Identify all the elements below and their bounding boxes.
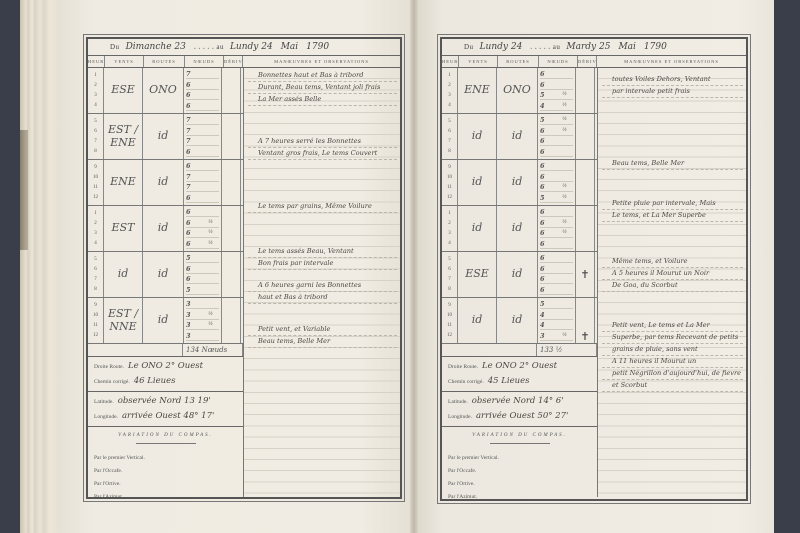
knots-fraction: ½ — [562, 102, 567, 110]
knots-entry: 6 — [540, 81, 573, 90]
observation-line: La Mer assés Belle — [248, 94, 397, 106]
knots-value: 6 — [186, 229, 191, 237]
column-header: Dérive — [578, 56, 597, 67]
knots-entry: 6 — [186, 275, 219, 284]
hour-number: 3 — [94, 231, 97, 236]
knots-entry: 5½ — [540, 91, 573, 100]
column-header: Nœuds — [185, 56, 224, 67]
route-cell: id — [143, 160, 184, 205]
longitude-value: arrivée Ouest 48° 17' — [122, 411, 214, 421]
hours-cell: 1234 — [442, 68, 458, 113]
knots-fraction: ½ — [208, 219, 213, 227]
column-headers: HeuresVentsRoutesNœudsDériveManœuvres et… — [88, 56, 400, 68]
wind-cell: EST / ENE — [104, 114, 143, 159]
left-log-sheet: DuDimanche 23.....auLundy 24Mai1790Heure… — [86, 37, 402, 499]
deriv-cell — [576, 206, 595, 251]
deriv-cell — [222, 206, 241, 251]
wind-cell: id — [458, 298, 497, 343]
total-spacer — [88, 344, 183, 356]
longitude-value: arrivée Ouest 50° 27' — [476, 411, 568, 421]
watch-row: 1234ESTid66½6½6½ — [88, 206, 243, 252]
hour-number: 1 — [448, 73, 451, 78]
date-month: Mai — [618, 42, 635, 52]
variation-row: Par l'Ortive. — [88, 478, 243, 491]
knots-value: 6 — [540, 148, 545, 156]
observation-entry: Beau tems, Belle Mer — [602, 158, 743, 170]
hours-cell: 1234 — [88, 68, 104, 113]
knots-value: 6 — [186, 240, 191, 248]
knots-entry: 6 — [186, 265, 219, 274]
knots-value: 6 — [540, 81, 545, 89]
deriv-cell — [222, 160, 241, 205]
observation-entry: Même tems, et VoilureA 5 heures il Mouru… — [602, 256, 743, 292]
hour-number: 4 — [448, 103, 451, 108]
knots-fraction: ½ — [562, 219, 567, 227]
knots-entry: 7 — [186, 173, 219, 182]
observation-entry: Petit vent, et VariableBeau tems, Belle … — [248, 324, 397, 348]
watch-grid: 1234ENEONO665½4½5678idid5½6½669101112idi… — [442, 68, 597, 504]
hour-number: 6 — [94, 267, 97, 272]
hour-number: 3 — [448, 93, 451, 98]
deriv-cell — [222, 68, 241, 113]
straight-route-label: Droite Route. — [448, 364, 478, 370]
knots-fraction: ½ — [208, 311, 213, 319]
knots-value: 7 — [186, 70, 191, 78]
observation-line: Superbe, par tems Recevant de petits — [602, 332, 743, 344]
variation-row: Par le premier Vertical. — [442, 452, 597, 465]
date-header: DuLundy 24.....auMardy 25Mai1790 — [442, 39, 746, 56]
observation-line: Le tems assés Beau, Ventant — [248, 246, 397, 258]
knots-cell: 6666 — [538, 252, 576, 297]
knots-value: 6 — [540, 127, 545, 135]
date-header: DuDimanche 23.....auLundy 24Mai1790 — [88, 39, 400, 56]
knots-entry: 3½ — [186, 321, 219, 330]
observation-line: Beau tems, Belle Mer — [248, 336, 397, 348]
knots-cell: 666½5½ — [538, 160, 576, 205]
column-header: Heures — [88, 56, 105, 67]
knots-value: 6 — [186, 81, 191, 89]
knots-fraction: ½ — [562, 332, 567, 340]
summary-section: Droite Route.Le ONO 2° OuestChemin corri… — [442, 357, 597, 504]
deriv-cell — [222, 252, 241, 297]
hour-number: 10 — [93, 313, 98, 318]
hour-number: 12 — [93, 333, 98, 338]
hours-cell: 5678 — [88, 252, 104, 297]
wind-cell: ENE — [104, 160, 143, 205]
hour-number: 1 — [94, 73, 97, 78]
knots-fraction: ½ — [208, 240, 213, 248]
knots-entry: 6 — [186, 91, 219, 100]
observation-line: petit Négrillon d'aujourd'hui, de fievre — [602, 368, 743, 380]
knots-value: 6 — [540, 219, 545, 227]
observation-line: Bon frais par intervale — [248, 258, 397, 270]
knots-value: 3 — [186, 332, 191, 340]
observation-entry: Petit vent, Le tems et La MerSuperbe, pa… — [602, 320, 743, 392]
hour-number: 3 — [448, 231, 451, 236]
knots-entry: 5 — [186, 286, 219, 295]
knots-entry: 4 — [540, 321, 573, 330]
knots-entry: 6 — [540, 254, 573, 263]
observation-line: Durant, Beau tems, Ventant joli frais — [248, 82, 397, 94]
knots-fraction: ½ — [562, 229, 567, 237]
knots-value: 7 — [186, 137, 191, 145]
observation-entry: toutes Voiles Dehors, Ventantpar interva… — [602, 74, 743, 98]
knots-entry: 3½ — [540, 332, 573, 341]
observation-line: Ventant gros frais, Le tems Couvert — [248, 148, 397, 160]
hour-number: 9 — [448, 303, 451, 308]
knots-cell: 66½6½6½ — [184, 206, 222, 251]
knots-entry: 6½ — [540, 229, 573, 238]
cross-mark-icon: ✝ — [576, 252, 595, 297]
route-block: Droite Route.Le ONO 2° OuestChemin corri… — [88, 357, 243, 392]
knots-entry: 6 — [186, 162, 219, 171]
hour-number: 8 — [94, 287, 97, 292]
hour-number: 7 — [448, 139, 451, 144]
wind-cell: id — [458, 160, 497, 205]
variation-row: Par l'Azimut. — [442, 491, 597, 504]
knots-value: 6 — [540, 137, 545, 145]
hours-cell: 5678 — [88, 114, 104, 159]
latitude-value: observée Nord 14° 6' — [472, 396, 564, 406]
knots-fraction: ½ — [562, 91, 567, 99]
knots-value: 6 — [186, 194, 191, 202]
knots-value: 6 — [540, 229, 545, 237]
column-header: Dérive — [224, 56, 243, 67]
cross-mark-icon: ✝ — [576, 298, 595, 343]
observations-column: Bonnettes haut et Bas à tribordDurant, B… — [243, 68, 400, 497]
knots-cell: 66½6½6 — [538, 206, 576, 251]
route-cell: id — [143, 252, 184, 297]
watch-row: 1234ENEONO665½4½ — [442, 68, 597, 114]
knots-entry: 6½ — [540, 219, 573, 228]
observation-line: Le tems par grains, Même Voilure — [248, 201, 397, 213]
hour-number: 12 — [93, 195, 98, 200]
observation-line: Même tems, et Voilure — [602, 256, 743, 268]
total-knots: 134 Nœuds — [183, 344, 243, 356]
observation-line: De Goa, du Scorbut — [602, 280, 743, 292]
knots-entry: 4 — [540, 311, 573, 320]
wind-cell: ENE — [458, 68, 497, 113]
route-block: Droite Route.Le ONO 2° OuestChemin corri… — [442, 357, 597, 392]
route-cell: id — [143, 114, 184, 159]
column-header: Manœuvres et Observations — [597, 56, 746, 67]
knots-entry: 5 — [540, 300, 573, 309]
knots-entry: 7 — [186, 127, 219, 136]
knots-entry: 5 — [186, 254, 219, 263]
variation-row: Par l'Azimut. — [88, 491, 243, 504]
knots-entry: 6½ — [186, 229, 219, 238]
knots-value: 6 — [540, 275, 545, 283]
log-body: 1234ESEONO76665678EST / ENEid77769101112… — [88, 68, 400, 504]
knots-entry: 7 — [186, 183, 219, 192]
knots-entry: 6 — [186, 102, 219, 111]
longitude-row: Longitude.arrivée Ouest 50° 27' — [442, 409, 597, 424]
hour-number: 4 — [94, 241, 97, 246]
hour-number: 4 — [448, 241, 451, 246]
knots-value: 3 — [186, 311, 191, 319]
knots-entry: 6 — [540, 137, 573, 146]
knots-value: 6 — [540, 173, 545, 181]
hour-number: 7 — [94, 139, 97, 144]
route-cell: ONO — [143, 68, 184, 113]
date-year: 1790 — [644, 42, 667, 52]
knots-value: 6 — [540, 265, 545, 273]
date-dots: ..... — [194, 41, 217, 52]
wind-cell: EST — [104, 206, 143, 251]
hours-cell: 1234 — [442, 206, 458, 251]
knots-entry: 6½ — [540, 183, 573, 192]
variation-row: Par le premier Vertical. — [88, 452, 243, 465]
knots-value: 6 — [540, 208, 545, 216]
latitude-row: Latitude.observée Nord 14° 6' — [442, 394, 597, 409]
wind-cell: ESE — [104, 68, 143, 113]
hour-number: 2 — [448, 221, 451, 226]
date-au-label: au — [216, 43, 224, 51]
straight-route-row: Droite Route.Le ONO 2° Ouest — [88, 359, 243, 374]
total-row: 133 ½ — [442, 344, 597, 357]
date-du-label: Du — [464, 43, 474, 51]
corrected-distance-label: Chemin corrigé. — [94, 379, 130, 385]
knots-value: 6 — [540, 254, 545, 262]
observation-line: et Scorbut — [602, 380, 743, 392]
book-gutter — [410, 0, 418, 533]
knots-cell: 33½3½3 — [184, 298, 222, 343]
hour-number: 6 — [448, 267, 451, 272]
hour-number: 3 — [94, 93, 97, 98]
knots-fraction: ½ — [562, 116, 567, 124]
knots-fraction: ½ — [208, 229, 213, 237]
knots-value: 6 — [540, 286, 545, 294]
hours-cell: 5678 — [442, 114, 458, 159]
observation-entry: Petite pluie par intervale, MaisLe tems,… — [602, 198, 743, 222]
knots-entry: 6 — [540, 240, 573, 249]
route-cell: id — [497, 160, 538, 205]
observation-line: Petit vent, Le tems et La Mer — [602, 320, 743, 332]
hour-number: 2 — [94, 83, 97, 88]
hour-number: 12 — [447, 333, 452, 338]
straight-route-value: Le ONO 2° Ouest — [482, 361, 557, 371]
knots-value: 3 — [540, 332, 545, 340]
total-spacer — [442, 344, 537, 356]
watch-row: 9101112EST / NNEid33½3½3 — [88, 298, 243, 344]
hour-number: 5 — [448, 119, 451, 124]
divider — [136, 443, 196, 444]
route-cell: id — [497, 206, 538, 251]
hour-number: 5 — [448, 257, 451, 262]
date-to-day: Lundy 24 — [230, 42, 273, 52]
knots-value: 5 — [186, 286, 191, 294]
hour-number: 7 — [448, 277, 451, 282]
corrected-distance-row: Chemin corrigé.45 Lieues — [442, 374, 597, 389]
watch-row: 1234ESEONO7666 — [88, 68, 243, 114]
date-du-label: Du — [110, 43, 120, 51]
hour-number: 10 — [447, 313, 452, 318]
knots-value: 6 — [186, 219, 191, 227]
latitude-value: observée Nord 13 19' — [118, 396, 211, 406]
knots-entry: 6 — [540, 173, 573, 182]
observation-entry: A 6 heures garni les Bonnetteshaut et Ba… — [248, 280, 397, 304]
deriv-cell — [576, 114, 595, 159]
hour-number: 10 — [447, 175, 452, 180]
knots-fraction: ½ — [208, 321, 213, 329]
hours-cell: 9101112 — [442, 160, 458, 205]
hour-number: 7 — [94, 277, 97, 282]
variation-title: Variation du Compas. — [88, 433, 243, 438]
variation-row: Par l'Occafe. — [442, 465, 597, 478]
knots-value: 6 — [186, 162, 191, 170]
position-block: Latitude.observée Nord 14° 6'Longitude.a… — [442, 392, 597, 427]
watch-row: 9101112idid5443½✝ — [442, 298, 597, 344]
watch-row: 1234idid66½6½6 — [442, 206, 597, 252]
right-log-sheet: DuLundy 24.....auMardy 25Mai1790HeuresVe… — [440, 37, 748, 501]
corrected-distance-value: 46 Lieues — [134, 376, 176, 386]
hour-number: 11 — [447, 185, 452, 190]
knots-entry: 6½ — [186, 219, 219, 228]
hours-cell: 5678 — [442, 252, 458, 297]
hour-number: 1 — [448, 211, 451, 216]
observation-entry: Le tems assés Beau, VentantBon frais par… — [248, 246, 397, 270]
variation-row: Par l'Ortive. — [442, 478, 597, 491]
hour-number: 12 — [447, 195, 452, 200]
knots-value: 6 — [186, 91, 191, 99]
date-from-day: Lundy 24 — [480, 42, 523, 52]
hour-number: 11 — [93, 323, 98, 328]
observation-line: A 6 heures garni les Bonnettes — [248, 280, 397, 292]
knots-value: 5 — [186, 254, 191, 262]
hour-number: 9 — [94, 165, 97, 170]
route-cell: id — [143, 298, 184, 343]
watch-row: 9101112ENEid6776 — [88, 160, 243, 206]
knots-cell: 5443½ — [538, 298, 576, 343]
knots-entry: 6 — [186, 208, 219, 217]
position-block: Latitude.observée Nord 13 19'Longitude.a… — [88, 392, 243, 427]
knots-value: 6 — [186, 275, 191, 283]
variation-row: Par l'Occafe. — [88, 465, 243, 478]
corrected-distance-label: Chemin corrigé. — [448, 379, 484, 385]
knots-entry: 3 — [186, 300, 219, 309]
divider — [490, 443, 550, 444]
knots-value: 5 — [540, 194, 545, 202]
hour-number: 2 — [448, 83, 451, 88]
hour-number: 5 — [94, 257, 97, 262]
hour-number: 9 — [448, 165, 451, 170]
deriv-cell — [576, 160, 595, 205]
hour-number: 4 — [94, 103, 97, 108]
knots-entry: 3 — [186, 332, 219, 341]
knots-value: 3 — [186, 321, 191, 329]
knots-entry: 6 — [540, 265, 573, 274]
knots-value: 6 — [186, 265, 191, 273]
hour-number: 9 — [94, 303, 97, 308]
watch-row: 5678idid5½6½66 — [442, 114, 597, 160]
observation-line: grains de pluie, sans vent — [602, 344, 743, 356]
total-row: 134 Nœuds — [88, 344, 243, 357]
hours-cell: 9101112 — [88, 160, 104, 205]
latitude-row: Latitude.observée Nord 13 19' — [88, 394, 243, 409]
route-cell: ONO — [497, 68, 538, 113]
hours-cell: 9101112 — [88, 298, 104, 343]
deriv-cell — [222, 114, 241, 159]
knots-cell: 7776 — [184, 114, 222, 159]
route-cell: id — [497, 298, 538, 343]
knots-value: 5 — [540, 116, 545, 124]
knots-entry: 6½ — [540, 127, 573, 136]
straight-route-row: Droite Route.Le ONO 2° Ouest — [442, 359, 597, 374]
watch-row: 9101112idid666½5½ — [442, 160, 597, 206]
hour-number: 5 — [94, 119, 97, 124]
knots-entry: 7 — [186, 70, 219, 79]
observation-line: Le tems, et La Mer Superbe — [602, 210, 743, 222]
knots-cell: 665½4½ — [538, 68, 576, 113]
corrected-distance-row: Chemin corrigé.46 Lieues — [88, 374, 243, 389]
knots-entry: 4½ — [540, 102, 573, 111]
compass-variation-block: Variation du Compas.Par le premier Verti… — [442, 427, 597, 504]
date-month: Mai — [281, 42, 298, 52]
knots-entry: 6 — [186, 148, 219, 157]
knots-fraction: ½ — [562, 127, 567, 135]
hour-number: 6 — [448, 129, 451, 134]
knots-value: 7 — [186, 173, 191, 181]
wind-cell: ESE — [458, 252, 497, 297]
longitude-label: Longitude. — [448, 414, 472, 420]
observation-line: Petite pluie par intervale, Mais — [602, 198, 743, 210]
hour-number: 8 — [448, 287, 451, 292]
date-to-day: Mardy 25 — [566, 42, 610, 52]
knots-value: 6 — [540, 240, 545, 248]
knots-value: 4 — [540, 102, 545, 110]
knots-cell: 5665 — [184, 252, 222, 297]
knots-value: 6 — [186, 208, 191, 216]
compass-variation-block: Variation du Compas.Par le premier Verti… — [88, 427, 243, 504]
knots-entry: 6 — [540, 286, 573, 295]
observation-entry: Bonnettes haut et Bas à tribordDurant, B… — [248, 70, 397, 106]
date-year: 1790 — [306, 42, 329, 52]
hour-number: 8 — [448, 149, 451, 154]
latitude-label: Latitude. — [94, 399, 114, 405]
observation-line: A 11 heures il Mourut un — [602, 356, 743, 368]
knots-value: 6 — [186, 148, 191, 156]
watch-row: 5678EST / ENEid7776 — [88, 114, 243, 160]
hour-number: 10 — [93, 175, 98, 180]
column-header: Nœuds — [539, 56, 578, 67]
column-header: Heures — [442, 56, 459, 67]
knots-value: 7 — [186, 127, 191, 135]
date-au-label: au — [553, 43, 561, 51]
hours-cell: 1234 — [88, 206, 104, 251]
knots-entry: 6 — [186, 81, 219, 90]
observation-line: A 7 heures serré les Bonnettes — [248, 136, 397, 148]
log-body: 1234ENEONO665½4½5678idid5½6½669101112idi… — [442, 68, 746, 504]
hour-number: 2 — [94, 221, 97, 226]
knots-value: 6 — [540, 162, 545, 170]
column-header: Manœuvres et Observations — [243, 56, 400, 67]
knots-entry: 3½ — [186, 311, 219, 320]
longitude-row: Longitude.arrivée Ouest 48° 17' — [88, 409, 243, 424]
observation-entry: A 7 heures serré les BonnettesVentant gr… — [248, 136, 397, 160]
edge-stain — [20, 130, 28, 250]
knots-cell: 6776 — [184, 160, 222, 205]
route-cell: id — [497, 252, 538, 297]
wind-cell: id — [104, 252, 143, 297]
knots-entry: 6 — [186, 194, 219, 203]
observation-line: Bonnettes haut et Bas à tribord — [248, 70, 397, 82]
total-knots: 133 ½ — [537, 344, 597, 356]
wind-cell: EST / NNE — [104, 298, 143, 343]
knots-fraction: ½ — [562, 183, 567, 191]
column-header: Routes — [144, 56, 185, 67]
observation-line: toutes Voiles Dehors, Ventant — [602, 74, 743, 86]
corrected-distance-value: 45 Lieues — [488, 376, 530, 386]
